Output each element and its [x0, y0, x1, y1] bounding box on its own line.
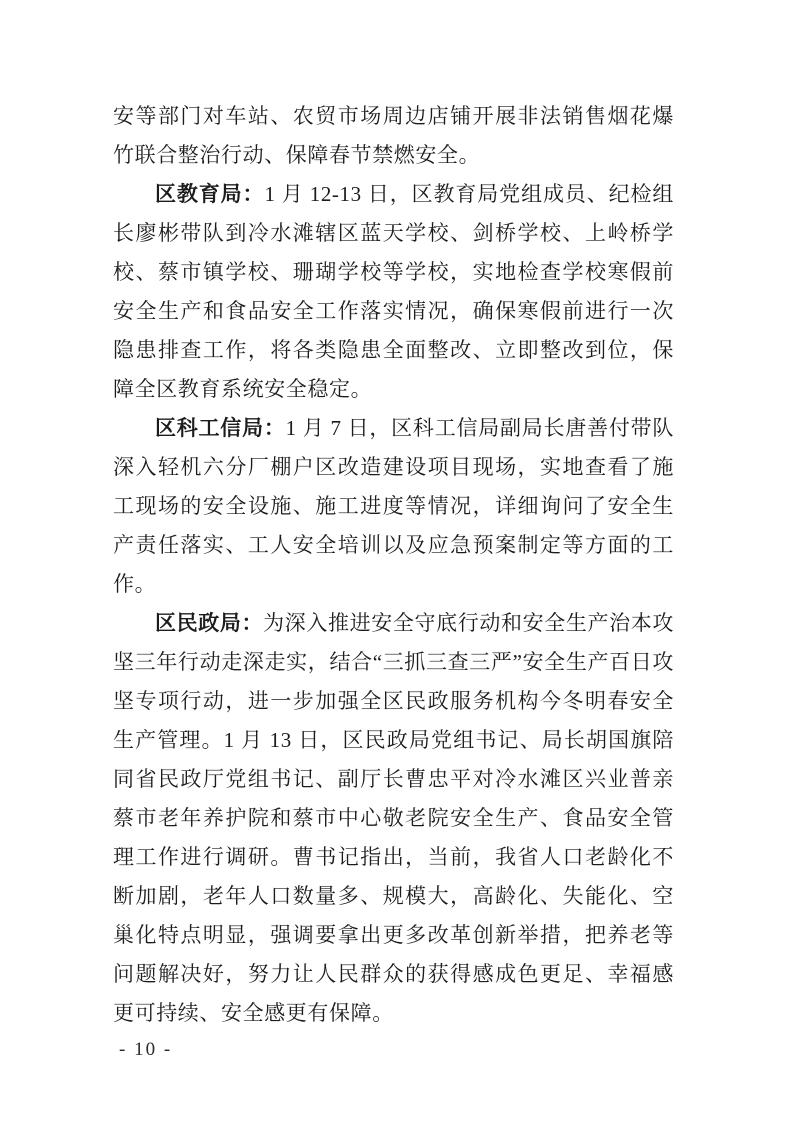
civil-affairs-bureau-text: 为深入推进安全守底行动和安全生产治本攻坚三年行动走深走实，结合“三抓三查三严”安… — [113, 611, 674, 1025]
paragraph-continuation-text: 安等部门对车站、农贸市场周边店铺开展非法销售烟花爆竹联合整治行动、保障春节禁燃安… — [113, 104, 674, 167]
science-industry-bureau-label: 区科工信局： — [155, 417, 286, 440]
document-page: 安等部门对车站、农贸市场周边店铺开展非法销售烟花爆竹联合整治行动、保障春节禁燃安… — [0, 0, 793, 1122]
document-body: 安等部门对车站、农贸市场周边店铺开展非法销售烟花爆竹联合整治行动、保障春节禁燃安… — [113, 97, 674, 1033]
paragraph-continuation: 安等部门对车站、农贸市场周边店铺开展非法销售烟花爆竹联合整治行动、保障春节禁燃安… — [113, 97, 674, 175]
paragraph-science-industry-bureau: 区科工信局：1 月 7 日，区科工信局副局长唐善付带队深入轻机六分厂棚户区改造建… — [113, 409, 674, 604]
paragraph-civil-affairs-bureau: 区民政局：为深入推进安全守底行动和安全生产治本攻坚三年行动走深走实，结合“三抓三… — [113, 604, 674, 1033]
education-bureau-label: 区教育局： — [155, 183, 264, 206]
paragraph-education-bureau: 区教育局：1 月 12-13 日，区教育局党组成员、纪检组长廖彬带队到冷水滩辖区… — [113, 175, 674, 409]
page-number: - 10 - — [119, 1039, 172, 1061]
civil-affairs-bureau-label: 区民政局： — [155, 612, 263, 635]
education-bureau-text: 1 月 12-13 日，区教育局党组成员、纪检组长廖彬带队到冷水滩辖区蓝天学校、… — [113, 182, 674, 401]
science-industry-bureau-text: 1 月 7 日，区科工信局副局长唐善付带队深入轻机六分厂棚户区改造建设项目现场，… — [113, 416, 674, 596]
